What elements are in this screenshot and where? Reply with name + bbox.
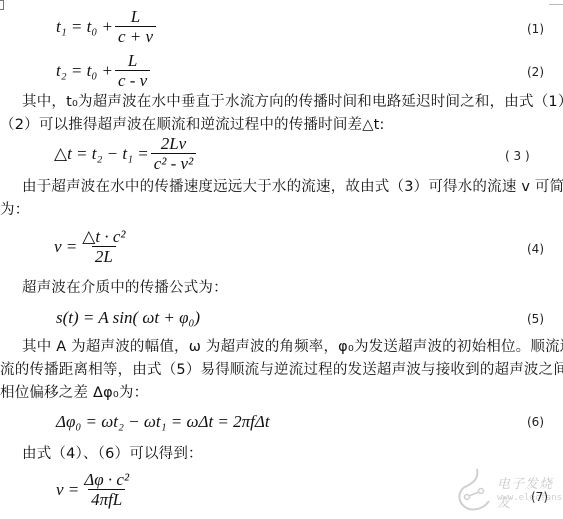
equation-number-6: (6) (527, 415, 544, 429)
equation-lhs: t₁ = t₀ + (56, 17, 113, 37)
paragraph-1-line-1: 其中，t₀为超声波在水中垂直于水流方向的传播时间和电路延迟时间之和，由式（1）、 (22, 92, 563, 112)
fraction: L c - v (115, 51, 150, 90)
equation-7: v = Δφ · c² 4πfL (56, 470, 134, 509)
numerator: Δφ · c² (81, 470, 132, 489)
equation-lhs: v = (56, 480, 79, 500)
numerator: L (125, 51, 140, 70)
equation-2: t₂ = t₀ + L c - v (56, 51, 152, 90)
circuit-logo-icon (455, 465, 495, 513)
paragraph-1-line-2: （2）可以推得超声波在顺流和逆流过程中的传播时间差△t: (0, 115, 385, 135)
denominator: 2L (92, 246, 116, 266)
page-corner-mark-left (0, 0, 4, 10)
paragraph-5: 由式（4）、（6）可以得到： (22, 444, 203, 464)
denominator: c² - v² (151, 153, 196, 173)
equation-number-2: (2) (527, 65, 544, 79)
equation-lhs: t₂ = t₀ + (56, 61, 113, 81)
denominator: c - v (115, 70, 150, 90)
paragraph-4-line-1: 其中 A 为超声波的幅值，ω 为超声波的角频率，φ₀为发送超声波的初始相位。顺流… (22, 337, 563, 357)
denominator: 4πfL (88, 489, 125, 509)
equation-6: Δφ₀ = ωt₂ − ωt₁ = ωΔt = 2πfΔt (56, 412, 270, 432)
watermark: 电子发烧友 www.elecfans.com (455, 465, 563, 515)
equation-3: △t = t₂ − t₁ = 2Lv c² - v² (54, 134, 198, 173)
equation-number-4: (4) (527, 242, 544, 256)
equation-4: v = △t · c² 2L (54, 227, 130, 266)
numerator: 2Lv (158, 134, 190, 153)
fraction: L c + v (115, 7, 156, 46)
numerator: △t · c² (79, 227, 128, 246)
document-page: t₁ = t₀ + L c + v (1) t₂ = t₀ + L c - v … (0, 0, 563, 519)
fraction: 2Lv c² - v² (151, 134, 196, 173)
equation-lhs: v = (54, 237, 77, 257)
paragraph-3: 超声波在介质中的传播公式为： (22, 278, 228, 298)
watermark-text: 电子发烧友 (497, 473, 563, 511)
fraction: Δφ · c² 4πfL (81, 470, 132, 509)
page-corner-mark-right (549, 4, 563, 5)
equation-number-5: (5) (527, 312, 544, 326)
equation-5: s(t) = A sin( ωt + φ₀) (56, 308, 200, 328)
paragraph-4-line-2: 流的传播距离相等，由式（5）易得顺流与逆流过程的发送超声波与接收到的超声波之间的 (0, 360, 563, 380)
equation-number-3: ( 3 ) (505, 149, 530, 163)
equation-1: t₁ = t₀ + L c + v (56, 7, 158, 46)
equation-lhs: △t = t₂ − t₁ = (54, 144, 149, 164)
fraction: △t · c² 2L (79, 227, 128, 266)
watermark-url: www.elecfans.com (497, 493, 563, 503)
paragraph-2-line-1: 由于超声波在水中的传播速度远远大于水的流速，故由式（3）可得水的流速 v 可简写 (22, 177, 563, 197)
numerator: L (128, 7, 143, 26)
denominator: c + v (115, 26, 156, 46)
paragraph-4-line-3: 相位偏移之差 Δφ₀为： (0, 383, 148, 403)
paragraph-2-line-2: 为： (0, 200, 29, 220)
equation-number-1: (1) (527, 22, 544, 36)
